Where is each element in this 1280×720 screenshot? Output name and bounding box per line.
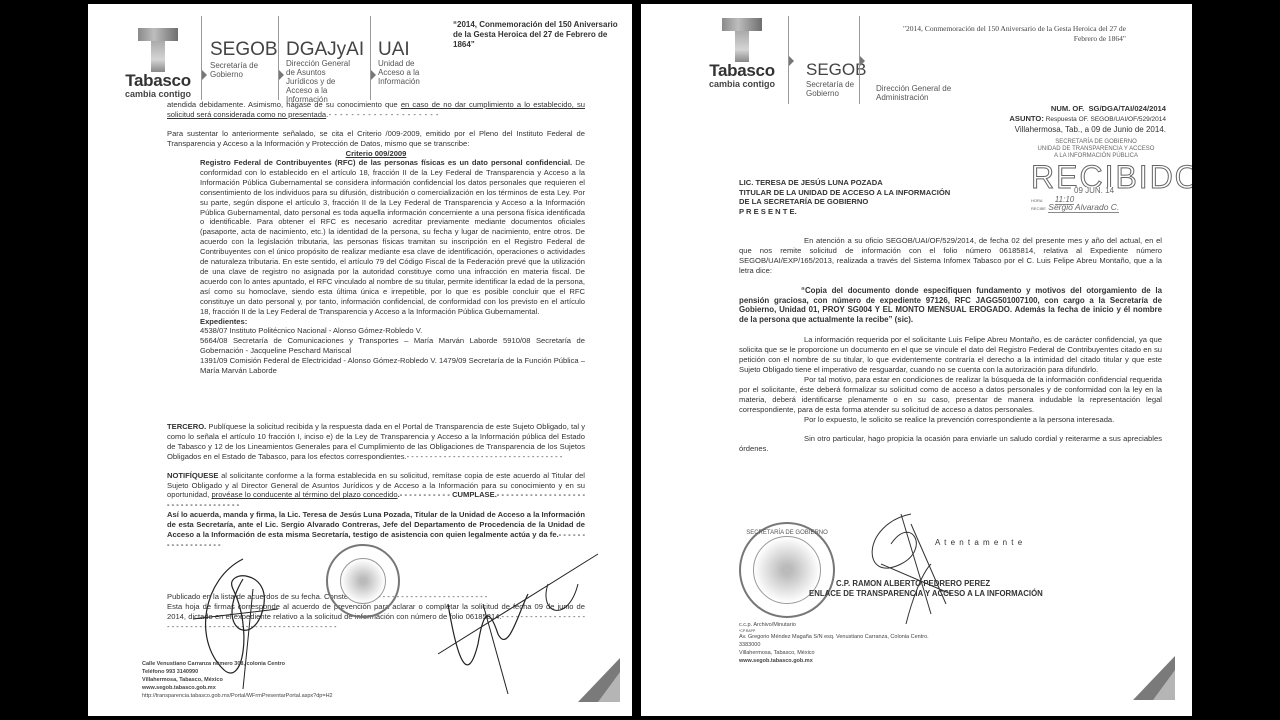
unit-segob-title: SEGOB [210,40,278,59]
commemoration-motto: “2014, Conmemoración del 150 Aniversario… [453,20,623,50]
criterio-block: Registro Federal de Contribuyentes (RFC)… [200,158,585,376]
unit-dgajyai-title: DGAJyAI [286,40,364,59]
request-quote: “Copia del documento donde especifiquen … [739,286,1162,326]
chevron-right-icon [789,56,794,66]
chevron-right-icon [202,70,207,80]
signer-block: C.P. RAMON ALBERTO PEDRERO PEREZ ENLACE … [809,579,1109,599]
tabasco-logo: Tabasco cambia contigo [118,28,198,99]
page1-body: atendida debidamente. Asimismo, hágase d… [167,100,585,159]
chevron-right-icon [279,70,284,80]
addressee: LIC. TERESA DE JESÚS LUNA POZADA TITULAR… [739,178,1059,216]
website-link[interactable]: www.segob.tabasco.gob.mx [142,684,442,692]
tabasco-t-icon [138,28,178,72]
page2-footer: c.c.p. Archivo/Minutario *CP.RAPP Av. Gr… [739,621,1039,665]
page2-body: En atención a su oficio SEGOB/UAI/OF/529… [739,236,1162,454]
transparency-link[interactable]: http://transparencia.tabasco.gob.mx/Port… [142,692,442,700]
document-page-1: Tabasco cambia contigo SEGOB Secretaría … [88,4,632,716]
official-seal-icon [326,544,400,618]
page1-footer: Calle Venustiano Carranza número 308, co… [142,660,442,700]
tabasco-t-icon [722,18,762,62]
government-seal-icon: SECRETARÍA DE GOBIERNO [739,522,835,618]
signature-3-icon [851,504,981,634]
chevron-right-icon [860,56,865,66]
tabasco-logo: Tabasco cambia contigo [699,18,785,89]
unit-segob-title: SEGOB [806,60,866,79]
closing: A t e n t a m e n t e [935,538,1023,548]
website-link[interactable]: www.segob.tabasco.gob.mx [739,657,1039,665]
reference-block: NUM. OF. SG/DGA/TAI/024/2014 ASUNTO: Res… [891,104,1166,135]
unit-uai-title: UAI [378,40,410,59]
document-page-2: Tabasco cambia contigo SEGOB Secretaría … [641,4,1192,716]
chevron-right-icon [371,70,376,80]
commemoration-motto: "2014, Conmemoración del 150 Aniversario… [896,24,1126,44]
